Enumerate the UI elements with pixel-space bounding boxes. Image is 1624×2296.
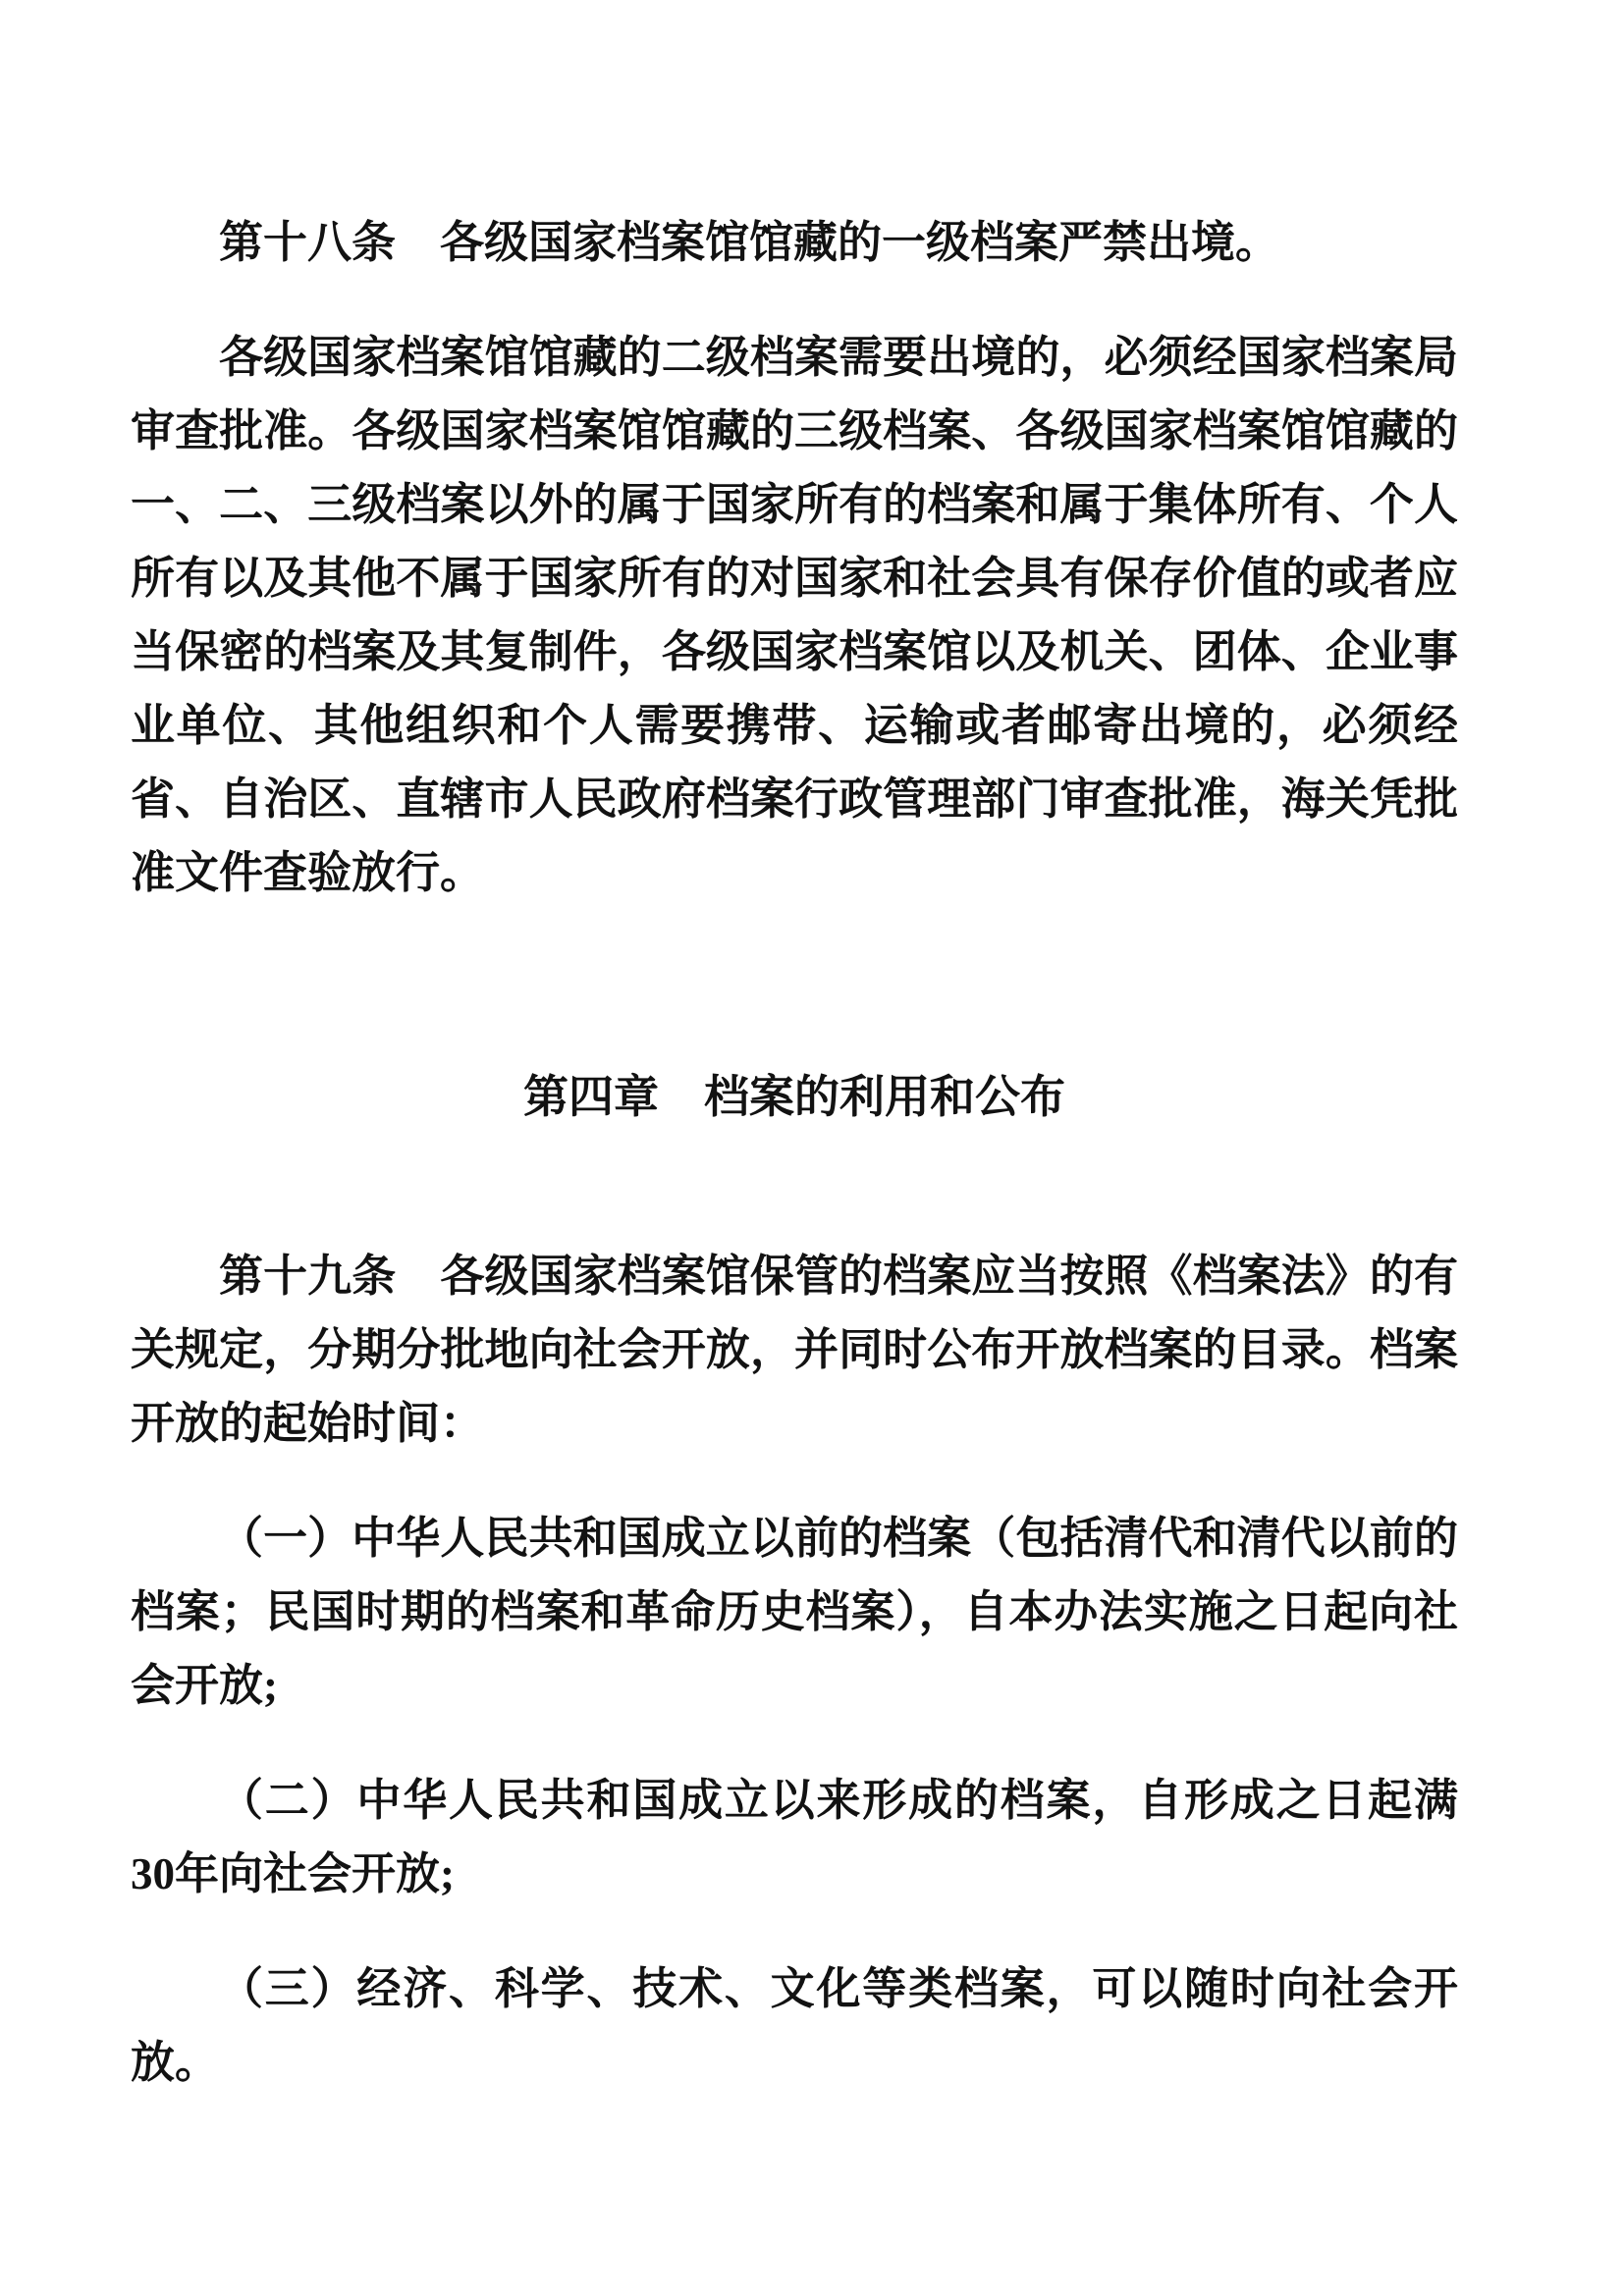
document-body: 第十八条 各级国家档案馆馆藏的一级档案严禁出境。 各级国家档案馆馆藏的二级档案需…: [131, 206, 1458, 2100]
article-19-item-3: （三）经济、科学、技术、文化等类档案，可以随时向社会开放。: [131, 1952, 1458, 2100]
article-19-item-1: （一）中华人民共和国成立以前的档案（包括清代和清代以前的档案；民国时期的档案和革…: [131, 1502, 1458, 1723]
article-18-clause-1: 第十八条 各级国家档案馆馆藏的一级档案严禁出境。: [131, 206, 1458, 280]
article-19-intro: 第十九条 各级国家档案馆保管的档案应当按照《档案法》的有关规定，分期分批地向社会…: [131, 1240, 1458, 1461]
article-18-clause-2: 各级国家档案馆馆藏的二级档案需要出境的，必须经国家档案局审查批准。各级国家档案馆…: [131, 321, 1458, 910]
document-page: 第十八条 各级国家档案馆馆藏的一级档案严禁出境。 各级国家档案馆馆藏的二级档案需…: [0, 0, 1624, 2296]
chapter-4-heading: 第四章 档案的利用和公布: [131, 1060, 1458, 1134]
article-19-item-2: （二）中华人民共和国成立以来形成的档案，自形成之日起满 30年向社会开放;: [131, 1764, 1458, 1911]
